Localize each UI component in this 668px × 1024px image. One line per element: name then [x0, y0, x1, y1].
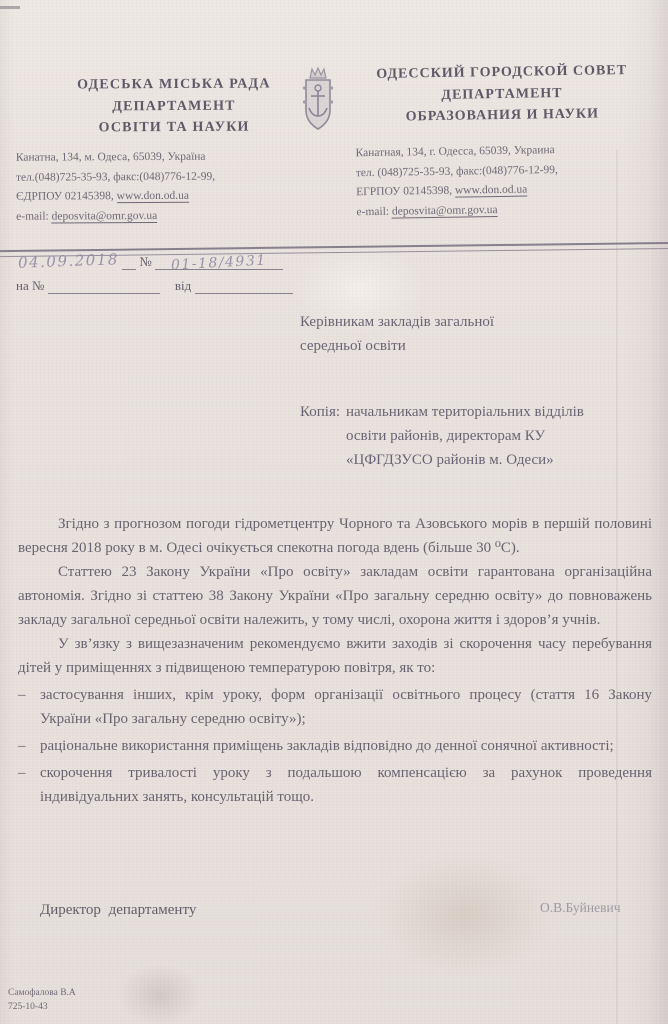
number-blank: 01-18/4931 [155, 255, 283, 270]
paragraph-recommendation: У зв’язку з вищезазначеним рекомендуємо … [18, 632, 652, 680]
email-line: e-mail: deposvita@omr.gov.ua [16, 206, 284, 227]
date-blank [122, 255, 136, 270]
contact-block-ukrainian: Канатна, 134, м. Одеса, 65039, Україна т… [16, 147, 284, 227]
signature-name: О.В.Буйневич [540, 900, 621, 916]
scan-corner-artifact [0, 6, 20, 9]
org-name-ukrainian: ОДЕСЬКА МІСЬКА РАДА ДЕПАРТАМЕНТ ОСВІТИ Т… [28, 73, 320, 140]
dash-marker: – [18, 683, 40, 731]
website-link: www.don.od.ua [117, 190, 189, 203]
website-link: www.don.od.ua [455, 184, 528, 198]
reply-label: на № [16, 278, 44, 293]
email-link: deposvita@omr.gov.ua [52, 210, 158, 224]
dash-marker: – [18, 761, 40, 809]
handwritten-number: 01-18/4931 [171, 253, 267, 274]
handwritten-date: 04.09.2018 [18, 250, 119, 272]
org-line: ОСВІТИ ТА НАУКИ [28, 117, 320, 140]
reference-line: 04.09.2018 № 01-18/4931 [18, 252, 318, 270]
letter-body: Згідно з прогнозом погоди гідрометцентру… [18, 512, 652, 809]
org-line: ДЕПАРТАМЕНТ [28, 95, 320, 118]
reply-reference-line: на № від [16, 278, 336, 294]
signature-position: Директор департаменту [40, 902, 196, 919]
address-line: Канатна, 134, м. Одеса, 65039, Україна [16, 147, 284, 168]
recipient-copy: Копія: начальникам територіальних відділ… [300, 400, 640, 472]
list-item: – раціональне використання приміщень зак… [18, 734, 652, 758]
reply-number-blank [48, 279, 160, 294]
copy-label: Копія: [300, 400, 346, 472]
executor-footer: Самофалова В.А 725-10-43 [8, 986, 76, 1015]
odessa-coat-of-arms-icon [292, 64, 344, 144]
executor-name: Самофалова В.А [8, 986, 76, 1000]
phone-line: тел.(048)725-35-93, факс:(048)776-12-99, [16, 167, 284, 188]
from-label: від [175, 278, 191, 293]
list-item: – застосування інших, крім уроку, форм о… [18, 683, 652, 731]
executor-phone: 725-10-43 [8, 1000, 76, 1014]
edrpou-line: ЄДРПОУ 02145398, www.don.od.ua [16, 186, 284, 207]
number-sign: № [139, 254, 151, 269]
from-date-blank [195, 279, 293, 294]
scanned-letter-page: ОДЕСЬКА МІСЬКА РАДА ДЕПАРТАМЕНТ ОСВІТИ Т… [0, 0, 668, 1024]
recipient-block: Керівникам закладів загальної середньої … [300, 310, 640, 472]
recipient-to: Керівникам закладів загальної середньої … [300, 310, 550, 358]
dash-marker: – [18, 734, 40, 758]
measures-list: – застосування інших, крім уроку, форм о… [18, 683, 652, 809]
org-name-russian: ОДЕССКИЙ ГОРОДСКОЙ СОВЕТ ДЕПАРТАМЕНТ ОБР… [352, 60, 653, 130]
paragraph-weather-forecast: Згідно з прогнозом погоди гідрометцентру… [18, 512, 652, 560]
org-line: ОБРАЗОВАНИЯ И НАУКИ [352, 103, 652, 129]
org-line: ОДЕСЬКА МІСЬКА РАДА [28, 73, 320, 96]
paragraph-law-autonomy: Статтею 23 Закону України «Про освіту» з… [18, 560, 652, 632]
list-item: – скорочення тривалості уроку з подальшо… [18, 761, 652, 809]
copy-text: начальникам територіальних відділів осві… [346, 400, 618, 472]
email-link: deposvita@omr.gov.ua [392, 204, 498, 219]
contact-block-russian: Канатная, 134, г. Одесса, 65039, Украина… [355, 140, 640, 223]
email-line: e-mail: deposvita@omr.gov.ua [356, 198, 640, 222]
